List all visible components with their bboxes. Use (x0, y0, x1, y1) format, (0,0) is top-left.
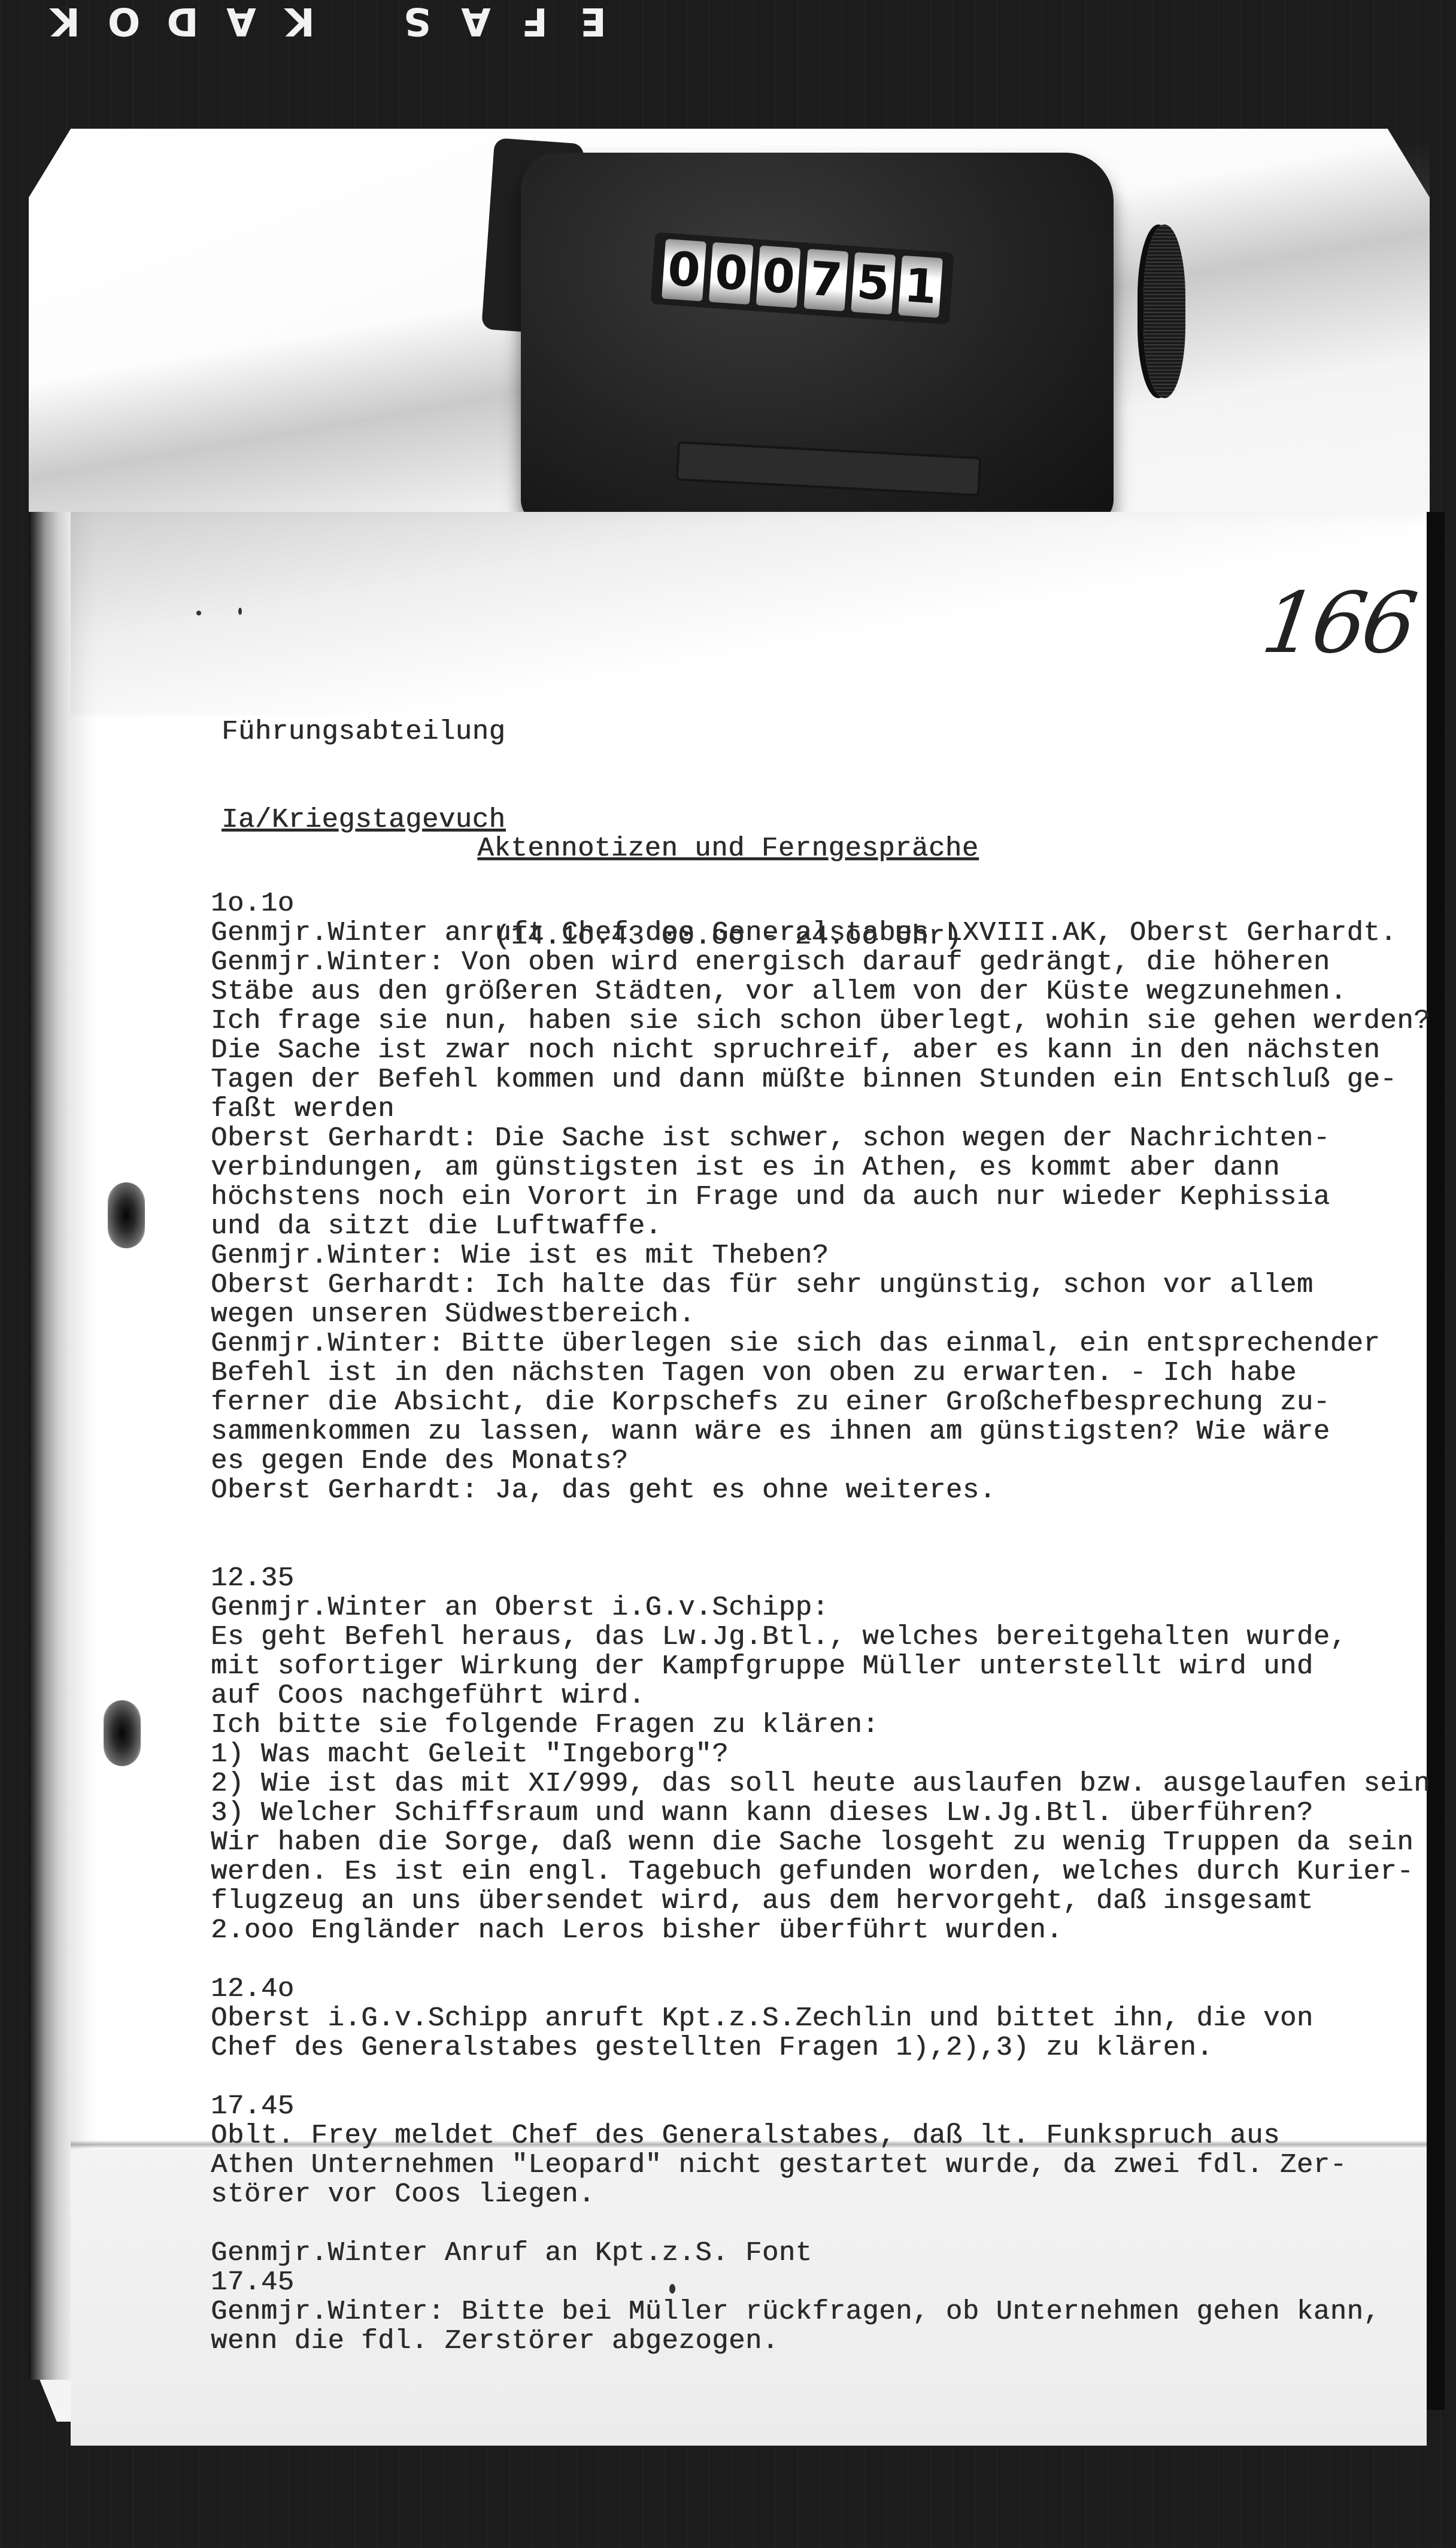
log-entry: 17.45Oblt. Frey meldet Chef des Generals… (211, 2092, 1430, 2209)
entry-line: Oblt. Frey meldet Chef des Generalstabes… (211, 2121, 1430, 2150)
counter-digit: 0 (756, 245, 801, 308)
document-body: 1o.1oGenmjr.Winter anruft Chef des Gener… (211, 889, 1430, 2356)
log-entry: 1o.1oGenmjr.Winter anruft Chef des Gener… (211, 889, 1430, 1505)
entry-line: Ich bitte sie folgende Fragen zu klären: (211, 1710, 1430, 1740)
entry-line: auf Coos nachgeführt wird. (211, 1681, 1430, 1710)
film-edge-letter: S (388, 0, 447, 43)
entry-line: höchstens noch ein Vorort in Frage und d… (211, 1182, 1430, 1212)
entry-line: mit sofortiger Wirkung der Kampfgruppe M… (211, 1652, 1430, 1681)
counter-digit: 0 (662, 239, 706, 301)
entry-line: faßt werden (211, 1094, 1430, 1124)
entry-time: 1o.1o (211, 889, 1430, 918)
film-edge-letter: K (36, 0, 95, 43)
entry-line: wegen unseren Südwestbereich. (211, 1300, 1430, 1329)
spacer (211, 1534, 1430, 1564)
entry-time: 12.35 (211, 1564, 1430, 1593)
entry-line: Oberst Gerhardt: Die Sache ist schwer, s… (211, 1124, 1430, 1153)
film-edge-letter: D (153, 0, 212, 43)
entry-line: Wir haben die Sorge, daß wenn die Sache … (211, 1828, 1430, 1857)
entry-line: störer vor Coos liegen. (211, 2180, 1430, 2209)
entry-line: Genmjr.Winter: Von oben wird energisch d… (211, 948, 1430, 977)
log-entry: Genmjr.Winter Anruf an Kpt.z.S. Font17.4… (211, 2238, 1430, 2356)
entry-line: sammenkommen zu lassen, wann wäre es ihn… (211, 1417, 1430, 1446)
entry-line: ferner die Absicht, die Korpschefs zu ei… (211, 1388, 1430, 1417)
entry-line: 2) Wie ist das mit XI/999, das soll heut… (211, 1769, 1430, 1798)
entry-line: verbindungen, am günstigsten ist es in A… (211, 1153, 1430, 1182)
entry-line: Athen Unternehmen "Leopard" nicht gestar… (211, 2150, 1430, 2180)
frame-counter: 000751 (521, 153, 1108, 512)
spacer (211, 2062, 1430, 2092)
entry-line: Genmjr.Winter: Wie ist es mit Theben? (211, 1241, 1430, 1270)
punch-hole-icon (108, 1182, 145, 1248)
film-edge-letter: E (564, 0, 623, 43)
ink-spot (196, 611, 201, 615)
entry-line: Befehl ist in den nächsten Tagen von obe… (211, 1358, 1430, 1388)
entry-line: Genmjr.Winter anruft Chef des Generalsta… (211, 918, 1430, 948)
counter-knob-icon (1143, 225, 1185, 398)
entry-time: 12.4o (211, 1974, 1430, 2004)
log-entry: 12.35Genmjr.Winter an Oberst i.G.v.Schip… (211, 1564, 1430, 1945)
entry-line: 17.45 (211, 2268, 1430, 2297)
entry-line: es gegen Ende des Monats? (211, 1446, 1430, 1476)
punch-hole-icon (104, 1700, 141, 1766)
entry-line: und da sitzt die Luftwaffe. (211, 1212, 1430, 1241)
entry-line: Oberst Gerhardt: Ja, das geht es ohne we… (211, 1476, 1430, 1505)
counter-digit: 1 (898, 256, 943, 318)
film-edge-letter: K (271, 0, 329, 43)
spacer (211, 1505, 1430, 1534)
film-edge-letter: A (212, 0, 271, 43)
document-title: Aktennotizen und Ferngespräche (0, 834, 1456, 863)
department-label: Führungsabteilung (222, 717, 505, 747)
film-edge-letter: A (447, 0, 505, 43)
entry-line: Die Sache ist zwar noch nicht spruchreif… (211, 1036, 1430, 1065)
entry-line: flugzeug an uns übersendet wird, aus dem… (211, 1886, 1430, 1916)
entry-line: Oberst i.G.v.Schipp anruft Kpt.z.S.Zechl… (211, 2004, 1430, 2033)
entry-line: Genmjr.Winter an Oberst i.G.v.Schipp: (211, 1593, 1430, 1622)
entry-line: wenn die fdl. Zerstörer abgezogen. (211, 2326, 1430, 2356)
film-edge-letter: O (95, 0, 153, 43)
spacer (211, 1945, 1430, 1974)
entry-line: 3) Welcher Schiffsraum und wann kann die… (211, 1798, 1430, 1828)
film-edge-letter: F (505, 0, 564, 43)
entry-line: Oberst Gerhardt: Ich halte das für sehr … (211, 1270, 1430, 1300)
counter-digit: 7 (803, 249, 848, 311)
entry-line: Chef des Generalstabes gestellten Fragen… (211, 2033, 1430, 2062)
film-edge-imprint: KODAK SAFE (36, 0, 874, 42)
entry-line: Genmjr.Winter: Bitte bei Müller rückfrag… (211, 2297, 1430, 2326)
folio-number: 166 (1257, 575, 1419, 672)
entry-line: 1) Was macht Geleit "Ingeborg"? (211, 1740, 1430, 1769)
counter-digit: 0 (709, 242, 754, 304)
entry-line: Tagen der Befehl kommen und dann müßte b… (211, 1065, 1430, 1094)
counter-digit: 5 (851, 252, 896, 314)
entry-time: 17.45 (211, 2092, 1430, 2121)
entry-line: Es geht Befehl heraus, das Lw.Jg.Btl., w… (211, 1622, 1430, 1652)
entry-line: werden. Es ist ein engl. Tagebuch gefund… (211, 1857, 1430, 1886)
log-entry: 12.4oOberst i.G.v.Schipp anruft Kpt.z.S.… (211, 1974, 1430, 2062)
entry-line: Stäbe aus den größeren Städten, vor alle… (211, 977, 1430, 1006)
entry-line: 2.ooo Engländer nach Leros bisher überfü… (211, 1916, 1430, 1945)
spacer (211, 2209, 1430, 2238)
entry-line: Genmjr.Winter: Bitte überlegen sie sich … (211, 1329, 1430, 1358)
entry-line: Genmjr.Winter Anruf an Kpt.z.S. Font (211, 2238, 1430, 2268)
ink-spot (238, 608, 242, 615)
entry-line: Ich frage sie nun, haben sie sich schon … (211, 1006, 1430, 1036)
